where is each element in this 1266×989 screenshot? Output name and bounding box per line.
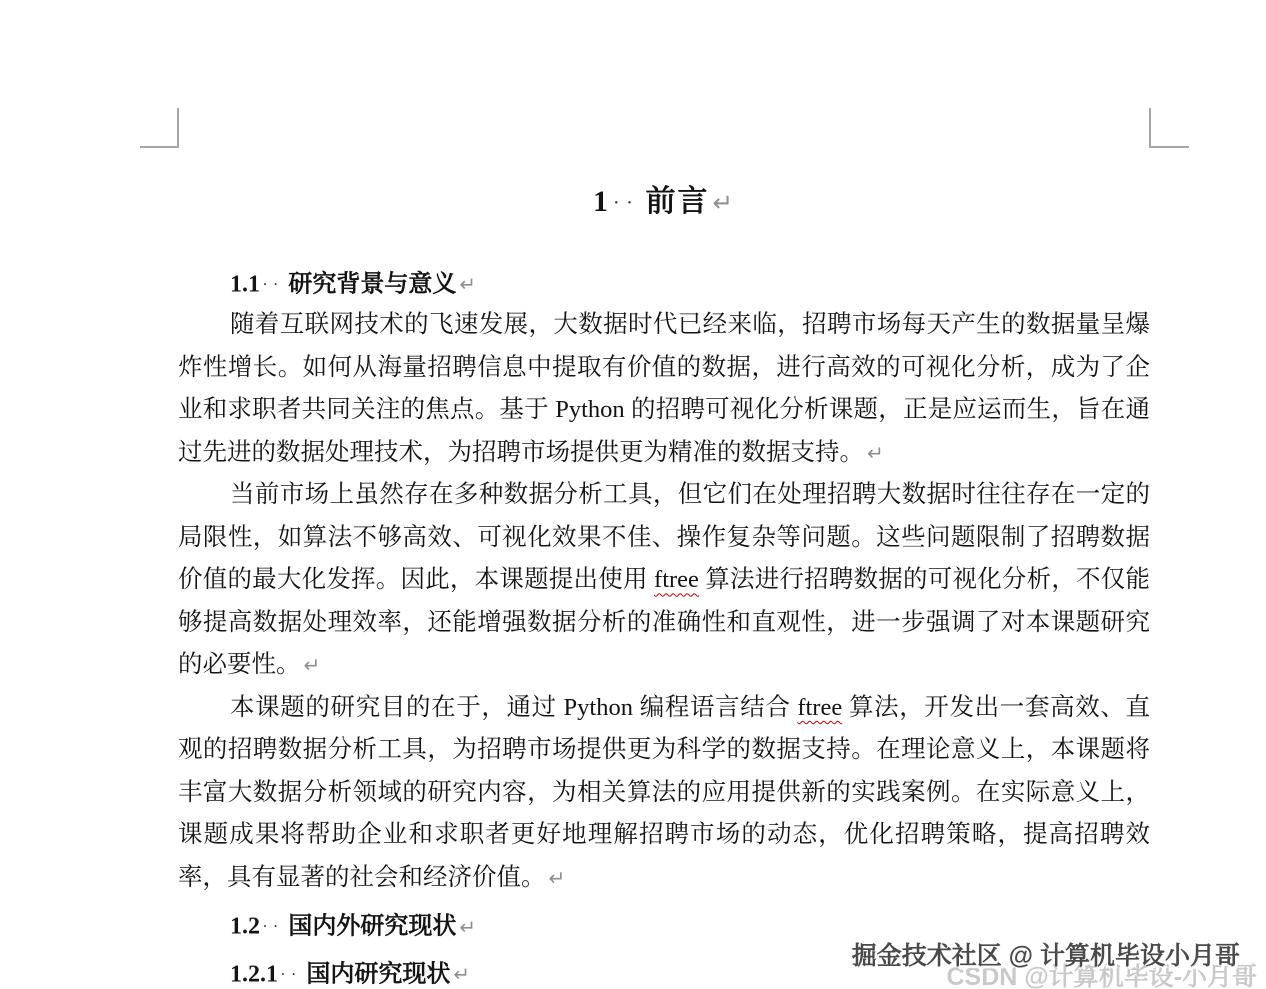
paragraph-background-1[interactable]: 随着互联网技术的飞速发展，大数据时代已经来临，招聘市场每天产生的数据量呈爆炸性增…	[178, 304, 1150, 474]
document-body: 1··前言↵ 1.1··研究背景与意义↵ 随着互联网技术的飞速发展，大数据时代已…	[178, 148, 1150, 989]
paragraph-background-2[interactable]: 当前市场上虽然存在多种数据分析工具，但它们在处理招聘大数据时往往存在一定的局限性…	[178, 474, 1150, 687]
word-document-page: 1··前言↵ 1.1··研究背景与意义↵ 随着互联网技术的飞速发展，大数据时代已…	[0, 0, 1266, 989]
section-heading-1-1[interactable]: 1.1··研究背景与意义↵	[230, 265, 1150, 304]
text-boundary-corner-top-left-icon	[140, 108, 179, 148]
watermark-juejin: 掘金技术社区 @ 计算机毕设小月哥	[852, 936, 1240, 972]
paragraph-background-3[interactable]: 本课题的研究目的在于，通过 Python 编程语言结合 ftree 算法，开发出…	[178, 687, 1150, 900]
text-boundary-corner-top-right-icon	[1149, 108, 1189, 148]
chapter-title[interactable]: 1··前言↵	[178, 180, 1150, 225]
